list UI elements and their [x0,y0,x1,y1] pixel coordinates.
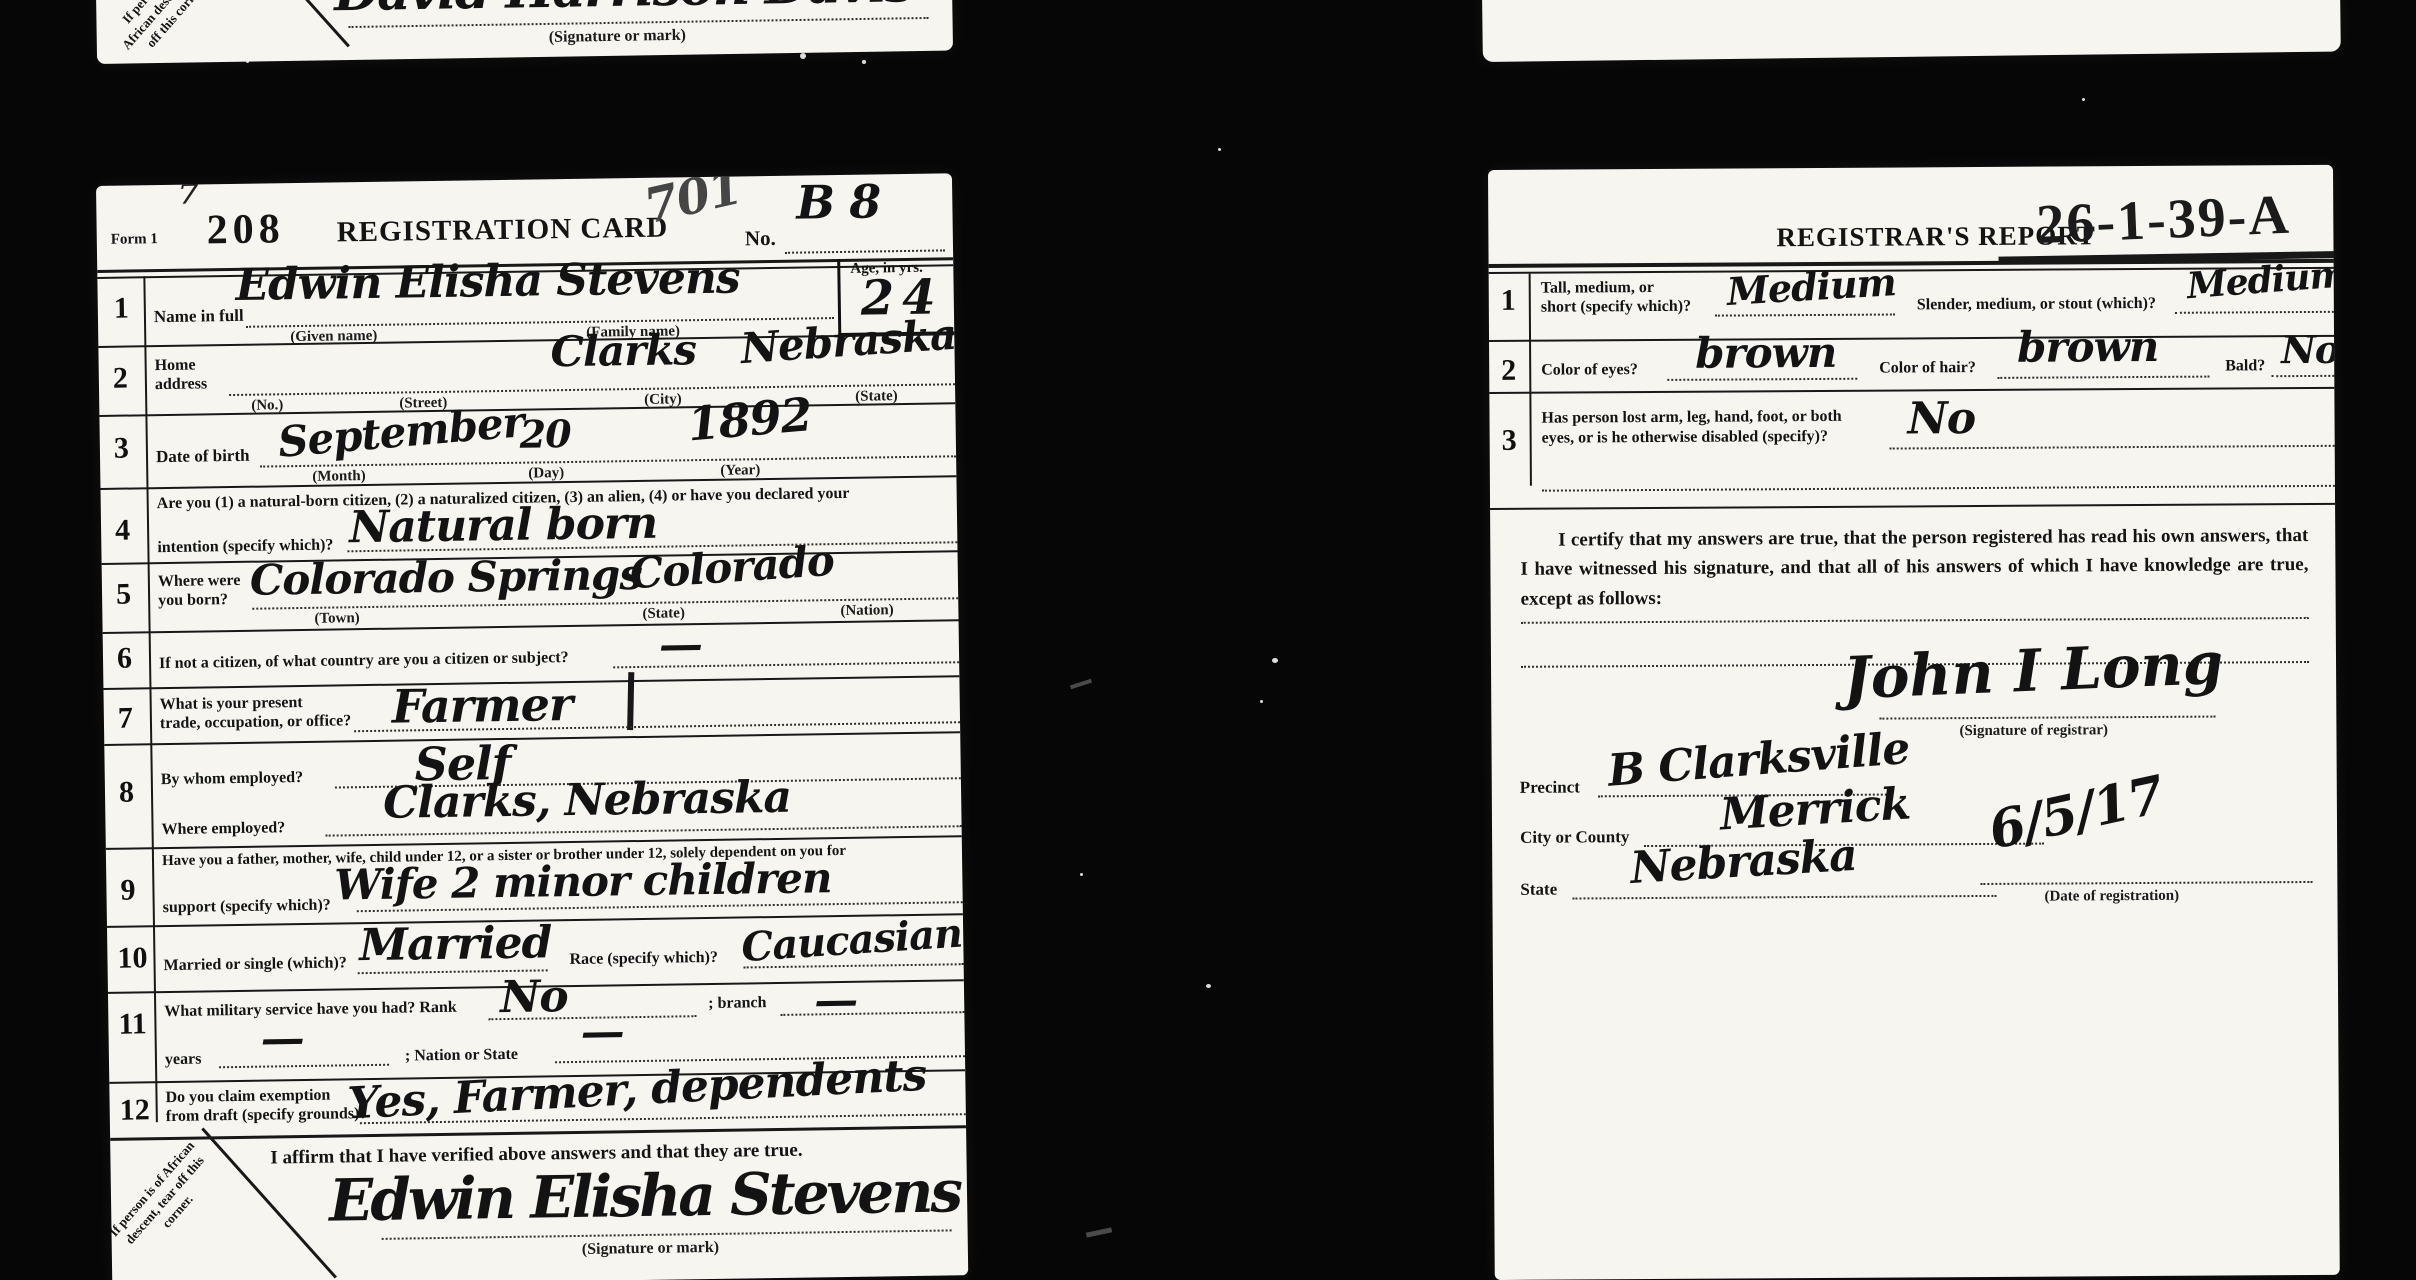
citizen-answer: Natural born [349,498,658,554]
film-speck [1218,148,1221,151]
row-number: 10 [117,941,148,975]
name-label: Name in full [154,306,244,327]
born-town-answer: Colorado Springs [250,550,643,605]
order-number-handwritten: 701 [639,173,746,235]
nation-answer: — [580,1006,624,1058]
row-number: 4 [115,514,131,548]
registrant-signature: Edwin Elisha Stevens [329,1157,961,1234]
row-number: 1 [114,292,130,326]
number-column-rule [1529,274,1532,486]
disability-label-line2: eyes, or is he otherwise disabled (speci… [1542,428,1828,448]
no-label: No. [745,226,776,251]
previous-card-bottom-right [1482,0,2341,62]
registrar-signature-label: (Signature of registrar) [1959,722,2108,740]
number-column-rule [143,276,158,1122]
row-number: 8 [119,776,135,810]
row-number: 9 [120,873,136,907]
address-label: address [155,375,207,394]
year-sublabel: (Year) [720,462,760,480]
card-title: REGISTRATION CARD [336,212,668,250]
hair-line [1997,376,2209,379]
born-label-line1: Where were [158,572,241,591]
previous-card-bottom: David Harrison Davis (Signature or mark)… [96,0,953,64]
where-employed-answer: Clarks, Nebraska [383,772,791,829]
race-label: Race (specify which)? [569,949,718,969]
film-speck [1080,873,1083,876]
nation-label: ; Nation or State [405,1046,518,1066]
height-label-line1: Tall, medium, or [1541,279,1654,298]
bald-answer: No [2281,327,2339,372]
certify-text: I certify that my answers are true, that… [1520,521,2309,614]
married-answer: Married [359,917,552,971]
disability-line2 [1542,485,2335,492]
years-answer: — [260,1013,304,1065]
disability-answer: No [1907,393,1975,444]
years-line [219,1064,389,1069]
registration-card: 7 Form 1 208 REGISTRATION CARD 701 No. B… [96,173,968,1280]
state-label: State [1520,880,1557,900]
branch-answer: — [814,975,858,1027]
no-value-handwritten: B 8 [796,174,881,229]
home-label: Home [155,357,196,376]
name-answer: Edwin Elisha Stevens [235,252,740,310]
trade-label-line2: trade, occupation, or office? [160,712,351,733]
row-separator [104,731,960,746]
exemption-label-line1: Do you claim exemption [165,1087,330,1107]
film-speck [800,53,806,59]
height-line [1715,314,1895,317]
exception-line1 [1521,617,2309,624]
day-sublabel: (Day) [528,465,564,483]
registrar-signature-line [1879,716,2215,720]
bald-line [2271,375,2334,377]
row-number: 3 [114,432,130,466]
employer-label: By whom employed? [161,769,303,789]
film-speck [1272,658,1278,663]
home-city-answer: Clarks [550,325,696,376]
form-number-label: Form 1 [111,231,158,249]
where-employed-label: Where employed? [161,819,285,839]
dependent-question-line2: support (specify which)? [163,897,331,917]
trade-label-line1: What is your present [160,694,303,714]
row-separator [1490,503,2335,510]
dob-month-answer: September [276,397,525,467]
registrars-report-card: REGISTRAR'S REPORT 26-1-39-A 1 Tall, med… [1488,165,2340,1280]
row-number: 2 [1501,354,1516,388]
married-label: Married or single (which)? [163,954,346,975]
county-label: City or County [1520,827,1629,848]
signature-label: (Signature or mark) [582,1239,719,1259]
military-label: What military service have you had? Rank [164,999,457,1021]
eyes-line [1667,378,1857,381]
disability-label-line1: Has person lost arm, leg, hand, foot, or… [1541,408,1841,428]
precinct-label: Precinct [1520,777,1580,797]
dependent-answer: Wife 2 minor children [334,853,832,909]
branch-label: ; branch [708,994,766,1013]
dob-day-answer: 20 [519,411,571,457]
film-smudge [1086,1227,1112,1237]
row-number: 11 [118,1007,147,1041]
born-label-line2: you born? [158,591,228,610]
hair-label: Color of hair? [1879,359,1976,378]
dob-label: Date of birth [156,446,250,467]
row-number: 5 [116,578,132,612]
pen-mark: 7 [178,176,198,211]
town-sublabel: (Town) [314,610,360,628]
no-line [785,249,945,253]
registration-date-label: (Date of registration) [2044,888,2179,906]
film-speck [862,60,866,64]
row-separator [103,619,959,634]
registration-date-value: 6/5/17 [1983,764,2169,861]
hair-answer: brown [2017,322,2158,372]
exemption-label-line2: from draft (specify grounds)? [166,1105,368,1126]
tear-corner-note: If person is of African descent, tear of… [105,0,221,64]
years-label: years [165,1051,202,1070]
subject-answer: — [658,619,702,671]
bald-label: Bald? [2225,357,2265,375]
height-label-line2: short (specify which)? [1541,298,1691,317]
row-number: 1 [1501,284,1516,318]
row-number: 7 [118,702,134,736]
height-answer: Medium [1726,259,1897,314]
dob-year-answer: 1892 [685,387,813,451]
address-line [229,383,955,396]
row-number: 6 [117,642,133,676]
eyes-answer: brown [1695,328,1836,378]
row-number: 3 [1502,424,1517,458]
film-smudge [1070,679,1092,690]
date-line [1980,881,2312,885]
report-stamp: 26-1-39-A [2035,183,2292,257]
film-speck [1206,984,1211,988]
trade-answer: Farmer [391,677,572,734]
subject-question: If not a citizen, of what country are yo… [159,649,569,673]
tear-corner-note: If person is of African descent, tear of… [105,1137,225,1264]
branch-line [780,1011,964,1016]
nation-sublabel: (Nation) [840,602,894,620]
bottom-rule [110,1125,966,1141]
ink-mark [627,672,634,730]
previous-signature-label: (Signature or mark) [549,27,686,47]
state-value: Nebraska [1629,830,1858,894]
build-line [2175,311,2334,314]
build-label: Slender, medium, or stout (which)? [1917,295,2156,314]
rank-answer: No [500,971,568,1023]
row-number: 2 [113,362,129,396]
row-separator [1489,335,2334,342]
film-speck [2082,98,2085,101]
film-speck [1260,700,1263,703]
disability-line [1890,445,2335,450]
eyes-label: Color of eyes? [1541,361,1638,380]
state-line [1572,895,1996,900]
registrar-signature: John I Long [1842,629,2225,713]
serial-stamp: 208 [206,205,285,254]
microfilm-scan: { "top_card": { "signature": "David Harr… [0,0,2416,1280]
row-number: 12 [119,1093,150,1127]
race-answer: Caucasian [740,910,963,972]
